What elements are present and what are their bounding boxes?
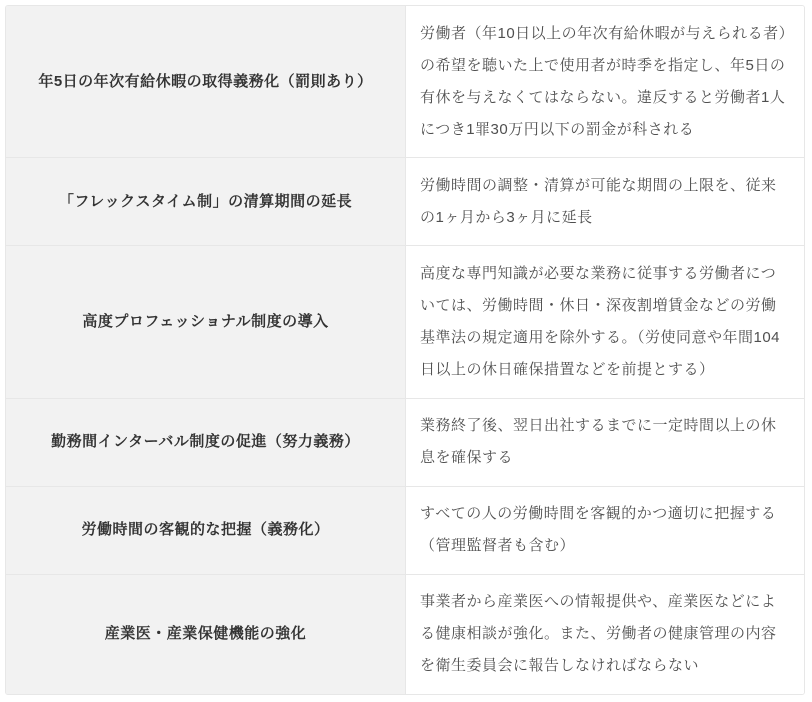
row-title: 高度プロフェッショナル制度の導入 bbox=[6, 246, 406, 397]
row-title: 勤務間インターバル制度の促進（努力義務） bbox=[6, 399, 406, 486]
table-row: 産業医・産業保健機能の強化 事業者から産業医への情報提供や、産業医などによる健康… bbox=[6, 575, 804, 694]
row-title: 「フレックスタイム制」の清算期間の延長 bbox=[6, 158, 406, 245]
table-row: 年5日の年次有給休暇の取得義務化（罰則あり） 労働者（年10日以上の年次有給休暇… bbox=[6, 6, 804, 158]
table-row: 勤務間インターバル制度の促進（努力義務） 業務終了後、翌日出社するまでに一定時間… bbox=[6, 399, 804, 487]
row-description: 労働時間の調整・清算が可能な期間の上限を、従来の1ヶ月から3ヶ月に延長 bbox=[406, 158, 804, 245]
table-row: 高度プロフェッショナル制度の導入 高度な専門知識が必要な業務に従事する労働者につ… bbox=[6, 246, 804, 398]
table-row: 「フレックスタイム制」の清算期間の延長 労働時間の調整・清算が可能な期間の上限を… bbox=[6, 158, 804, 246]
row-description: 業務終了後、翌日出社するまでに一定時間以上の休息を確保する bbox=[406, 399, 804, 486]
row-description: 労働者（年10日以上の年次有給休暇が与えられる者）の希望を聴いた上で使用者が時季… bbox=[406, 6, 804, 157]
row-title: 労働時間の客観的な把握（義務化） bbox=[6, 487, 406, 574]
row-description: すべての人の労働時間を客観的かつ適切に把握する（管理監督者も含む） bbox=[406, 487, 804, 574]
row-description: 事業者から産業医への情報提供や、産業医などによる健康相談が強化。また、労働者の健… bbox=[406, 575, 804, 694]
row-title: 年5日の年次有給休暇の取得義務化（罰則あり） bbox=[6, 6, 406, 157]
row-description: 高度な専門知識が必要な業務に従事する労働者については、労働時間・休日・深夜割増賃… bbox=[406, 246, 804, 397]
row-title: 産業医・産業保健機能の強化 bbox=[6, 575, 406, 694]
table-row: 労働時間の客観的な把握（義務化） すべての人の労働時間を客観的かつ適切に把握する… bbox=[6, 487, 804, 575]
labor-reform-table: 年5日の年次有給休暇の取得義務化（罰則あり） 労働者（年10日以上の年次有給休暇… bbox=[5, 5, 805, 695]
